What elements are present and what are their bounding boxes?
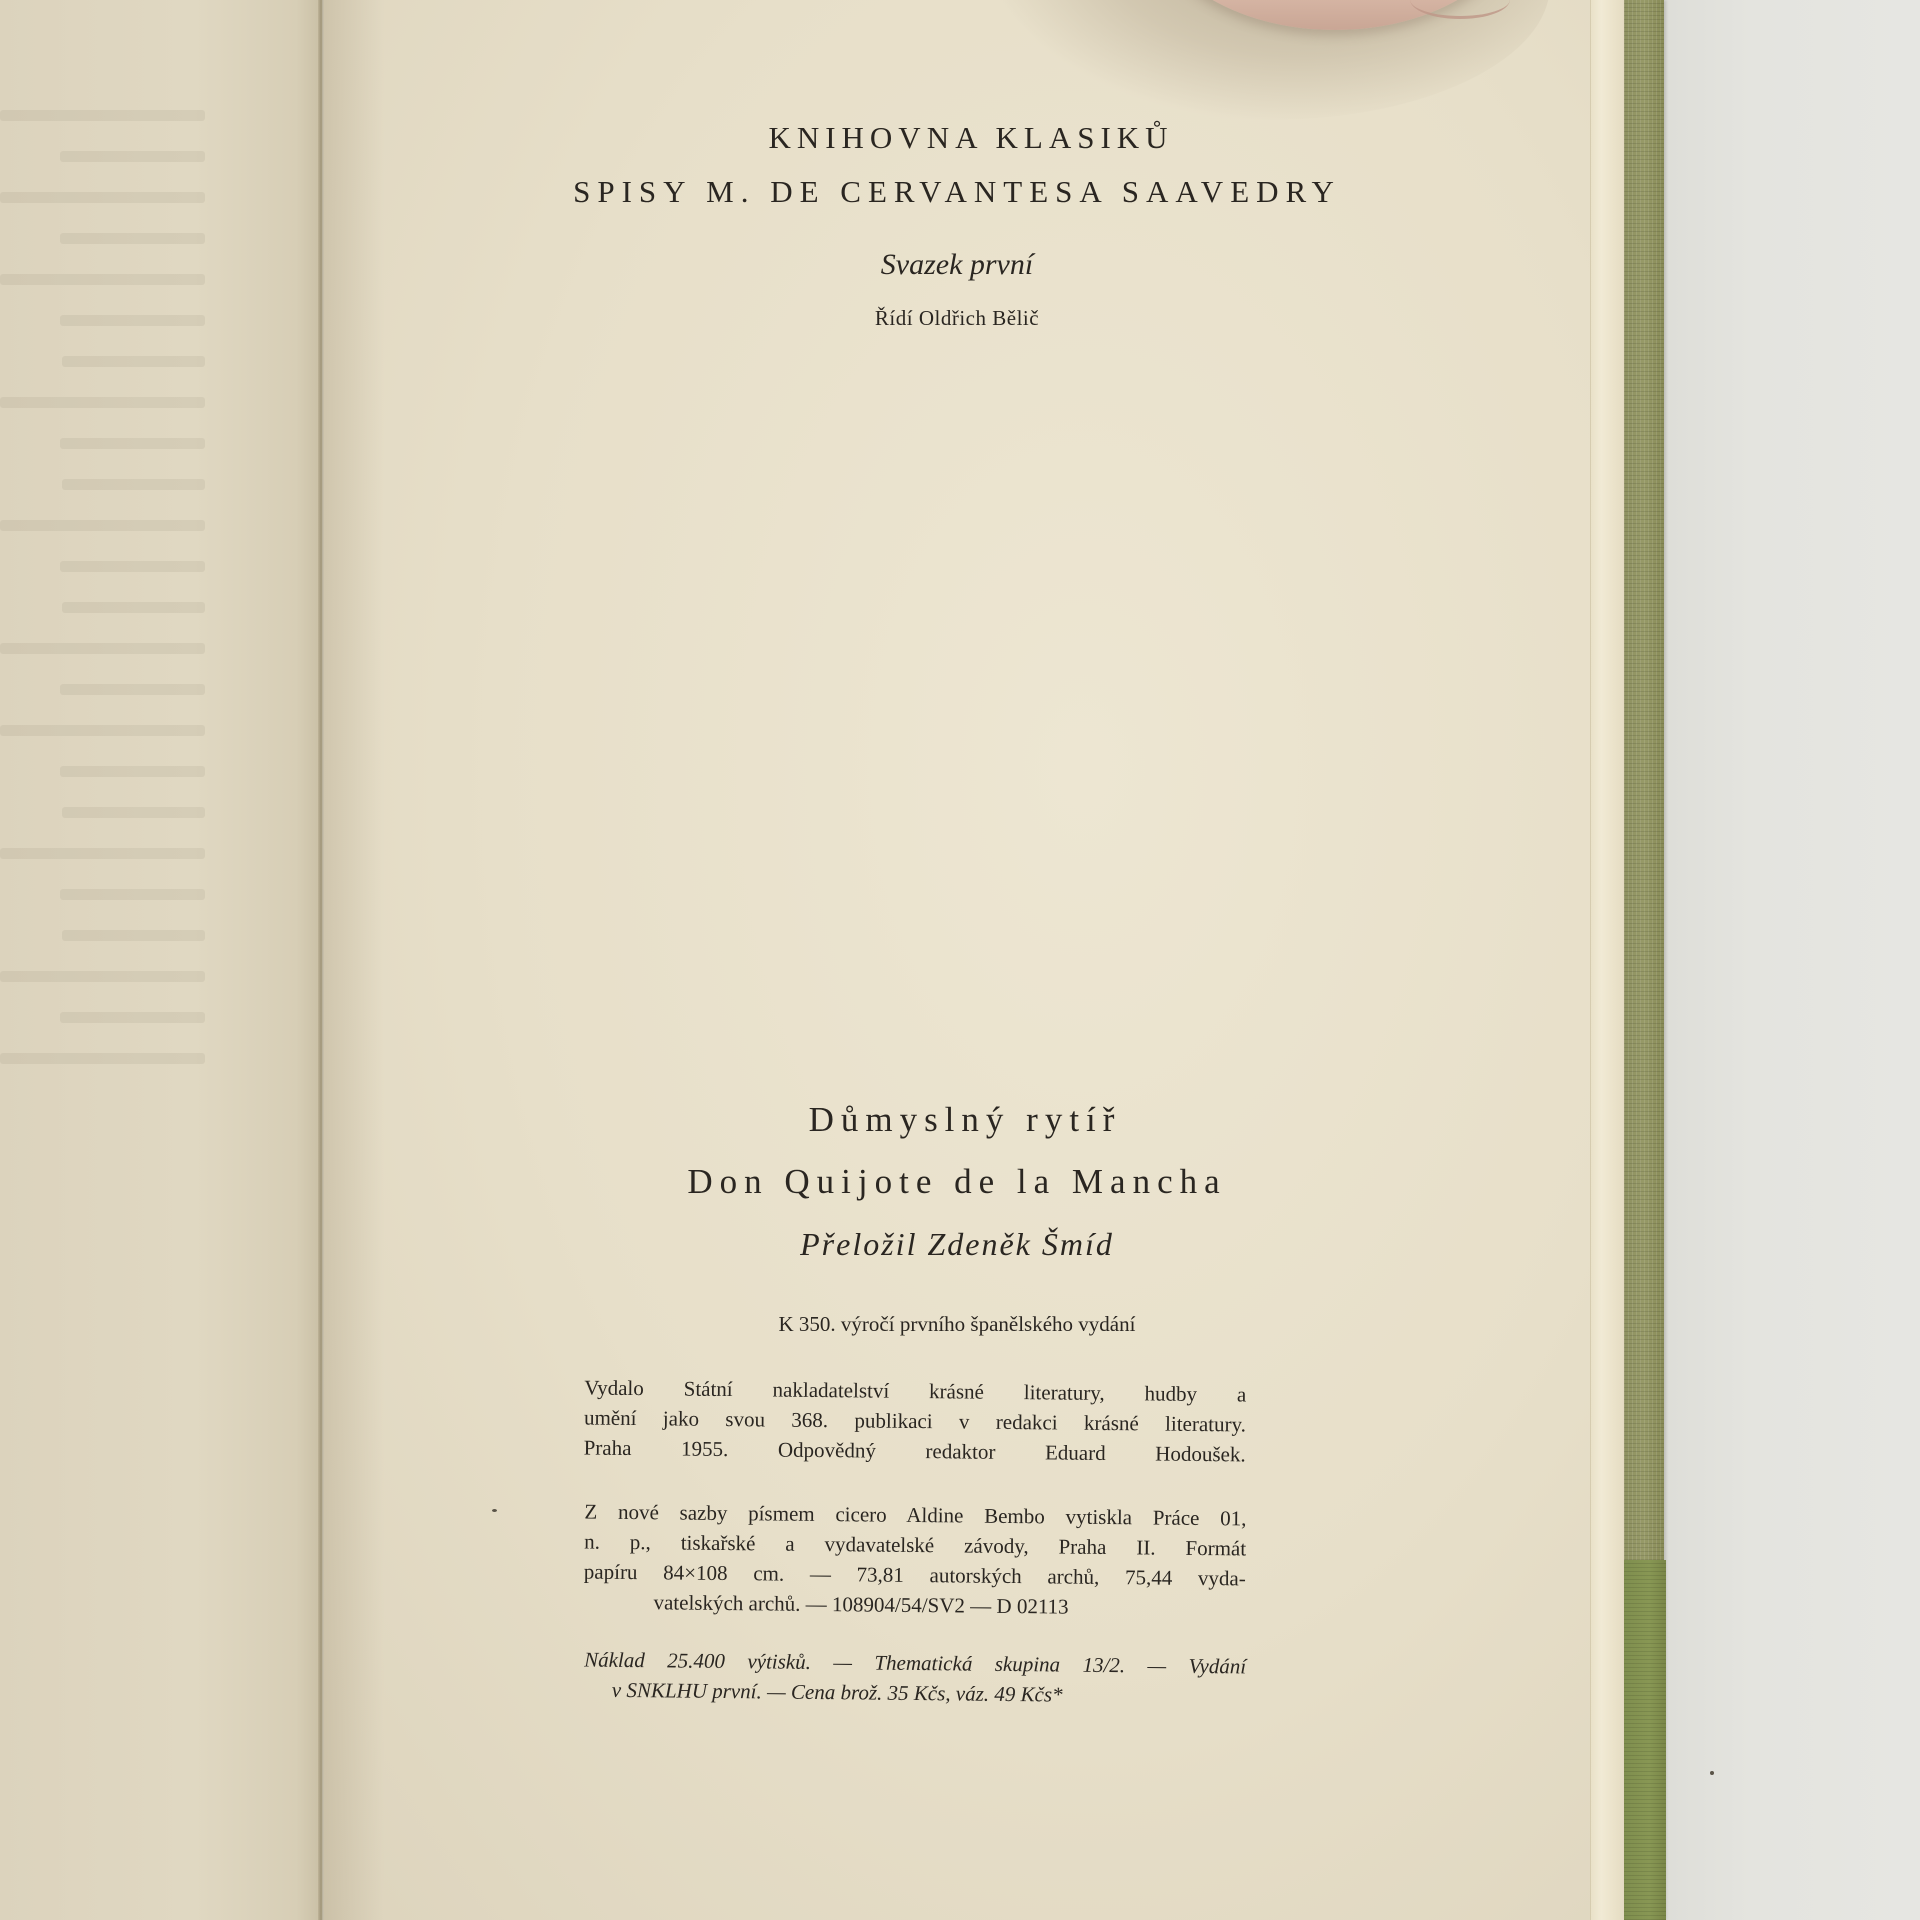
page-edges	[1590, 0, 1625, 1920]
publisher-imprint: Vydalo Státní nakladatelství krásné lite…	[584, 1373, 1247, 1470]
left-page-faint-text	[0, 110, 205, 1094]
paper-speck	[492, 1509, 497, 1512]
series-editor: Řídí Oldřich Bělič	[324, 306, 1590, 331]
print-run-and-price: Náklad 25.400 výtisků. — Thematická skup…	[584, 1645, 1247, 1712]
series-name: Knihovna klasiků	[338, 120, 1604, 156]
book-photo: Knihovna klasiků Spisy M. de Cervantesa …	[0, 0, 1920, 1920]
series-header: Knihovna klasiků Spisy M. de Cervantesa …	[324, 120, 1590, 210]
surface-speck	[1710, 1771, 1714, 1775]
collected-works-title: Spisy M. de Cervantesa Saavedry	[324, 174, 1590, 210]
anniversary-note: K 350. výročí prvního španělského vydání	[324, 1312, 1590, 1337]
printing-details: Z nové sazby písmem cicero Aldine Bembo …	[583, 1497, 1246, 1624]
title-line-2: Don Quijote de la Mancha	[324, 1162, 1590, 1202]
left-page	[0, 0, 322, 1920]
volume-label: Svazek první	[324, 248, 1590, 282]
table-surface	[1640, 0, 1920, 1920]
right-page	[324, 0, 1590, 1920]
book-cover-edge-lower	[1624, 1560, 1666, 1920]
book-title: Důmyslný rytíř Don Quijote de la Mancha	[324, 1100, 1590, 1202]
title-line-1: Důmyslný rytíř	[332, 1100, 1598, 1140]
translator-credit: Přeložil Zdeněk Šmíd	[324, 1226, 1590, 1263]
